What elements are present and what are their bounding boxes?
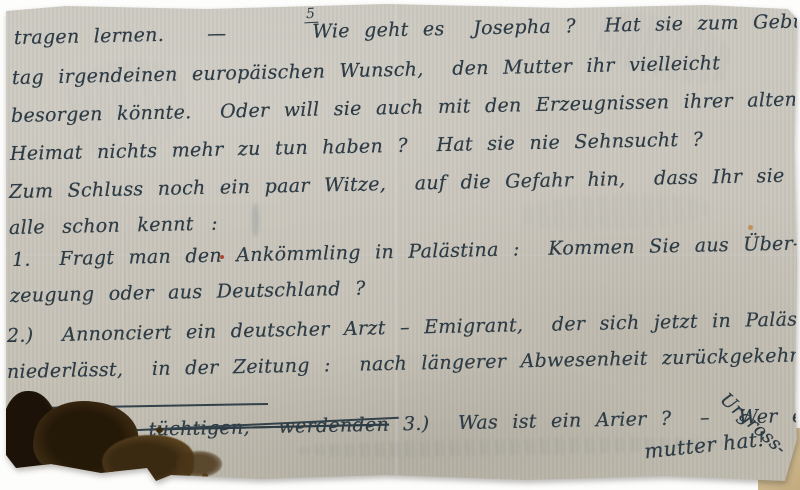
- handwriting-line-8: zeugung oder aus Deutschland ?: [10, 278, 366, 307]
- handwriting-line-6: alle schon kennt :: [9, 213, 218, 239]
- letter-page-wrap: 5 tragen lernen. — Wie geht es Josepha ?…: [6, 3, 797, 481]
- handwriting-line-2: tag irgendeinen europäischen Wunsch, den…: [12, 52, 721, 89]
- red-ink-speck: [220, 255, 224, 259]
- ink-bleedthrough-stroke: [252, 203, 259, 237]
- handwriting-line-9: 2.) Annonciert ein deutscher Arzt – Emig…: [7, 308, 800, 347]
- handwriting-line-10: niederlässt, in der Zeitung : nach länge…: [7, 344, 800, 383]
- stain-speck: [156, 427, 163, 433]
- letter-photo: 5 tragen lernen. — Wie geht es Josepha ?…: [0, 0, 800, 490]
- stain-blob-tail: [176, 451, 222, 477]
- struck-out-words: tüchtigen, werdenden: [148, 414, 389, 441]
- letter-page: 5 tragen lernen. — Wie geht es Josepha ?…: [6, 3, 797, 481]
- foxing-speck: [748, 225, 753, 230]
- handwriting-line-7: 1. Fragt man den Ankömmling in Palästina…: [12, 233, 800, 271]
- ink-bleedthrough-middle: [517, 192, 708, 233]
- stain-speck: [202, 473, 208, 478]
